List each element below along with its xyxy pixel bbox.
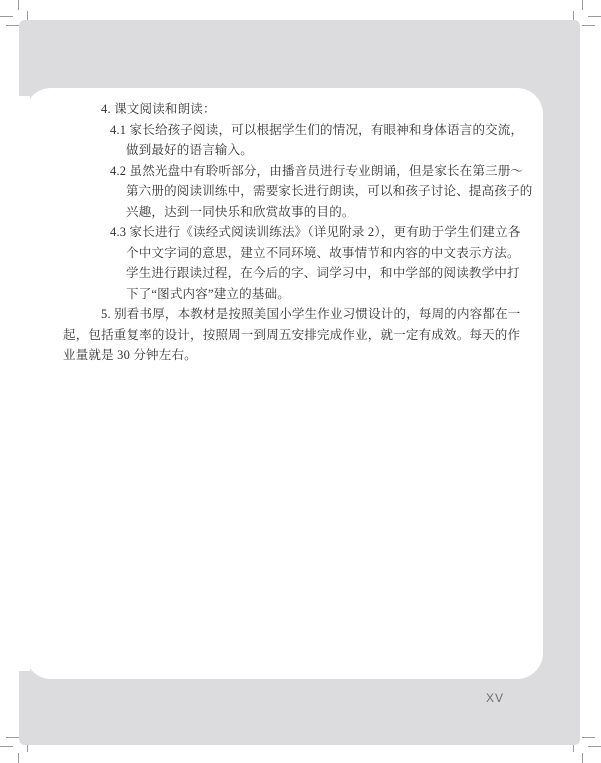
crop-mark bbox=[6, 737, 19, 738]
crop-mark bbox=[0, 16, 13, 17]
crop-mark bbox=[582, 753, 583, 763]
text-line: 第六册的阅读训练中，需要家长进行朗读，可以和孩子讨论、提高孩子的 bbox=[126, 181, 532, 201]
text-line: 起，包括重复率的设计，按照周一到周五安排完成作业，就一定有成效。每天的作 bbox=[63, 325, 520, 345]
text-line: 5. 别看书厚，本教材是按照美国小学生作业习惯设计的，每周的内容都在一 bbox=[101, 304, 521, 324]
text-line: 做到最好的语言输入。 bbox=[126, 140, 253, 160]
text-line: 下了“图式内容”建立的基础。 bbox=[126, 284, 290, 304]
crop-mark bbox=[18, 753, 19, 763]
crop-mark bbox=[582, 737, 595, 738]
text-line: 学生进行跟读过程，在今后的字、词学习中，和中学部的阅读教学中打 bbox=[126, 263, 520, 283]
text-line: 4. 课文阅读和朗读： bbox=[101, 99, 216, 119]
crop-mark bbox=[6, 25, 19, 26]
text-line: 4.1 家长给孩子阅读，可以根据学生们的情况，有眼神和身体语言的交流， bbox=[110, 120, 523, 140]
page-left-bleed bbox=[0, 96, 30, 671]
text-line: 4.2 虽然光盘中有聆听部分，由播音员进行专业朗诵，但是家长在第三册～ bbox=[110, 161, 523, 181]
crop-mark bbox=[582, 0, 583, 10]
text-line: 业量就是 30 分钟左右。 bbox=[63, 345, 197, 365]
crop-mark bbox=[18, 0, 19, 10]
text-line: 个中文字词的意思，建立不同环境、故事情节和内容的中文表示方法。 bbox=[126, 243, 520, 263]
crop-mark bbox=[0, 746, 13, 747]
text-line: 兴趣，达到一同快乐和欣赏故事的目的。 bbox=[126, 202, 355, 222]
crop-mark bbox=[588, 16, 601, 17]
text-line: 4.3 家长进行《读经式阅读训练法》（详见附录 2），更有助于学生们建立各 bbox=[110, 222, 521, 242]
crop-mark bbox=[582, 25, 595, 26]
book-page-scan: 4. 课文阅读和朗读：4.1 家长给孩子阅读，可以根据学生们的情况，有眼神和身体… bbox=[0, 0, 601, 763]
crop-mark bbox=[588, 746, 601, 747]
page-number: XV bbox=[486, 691, 504, 705]
